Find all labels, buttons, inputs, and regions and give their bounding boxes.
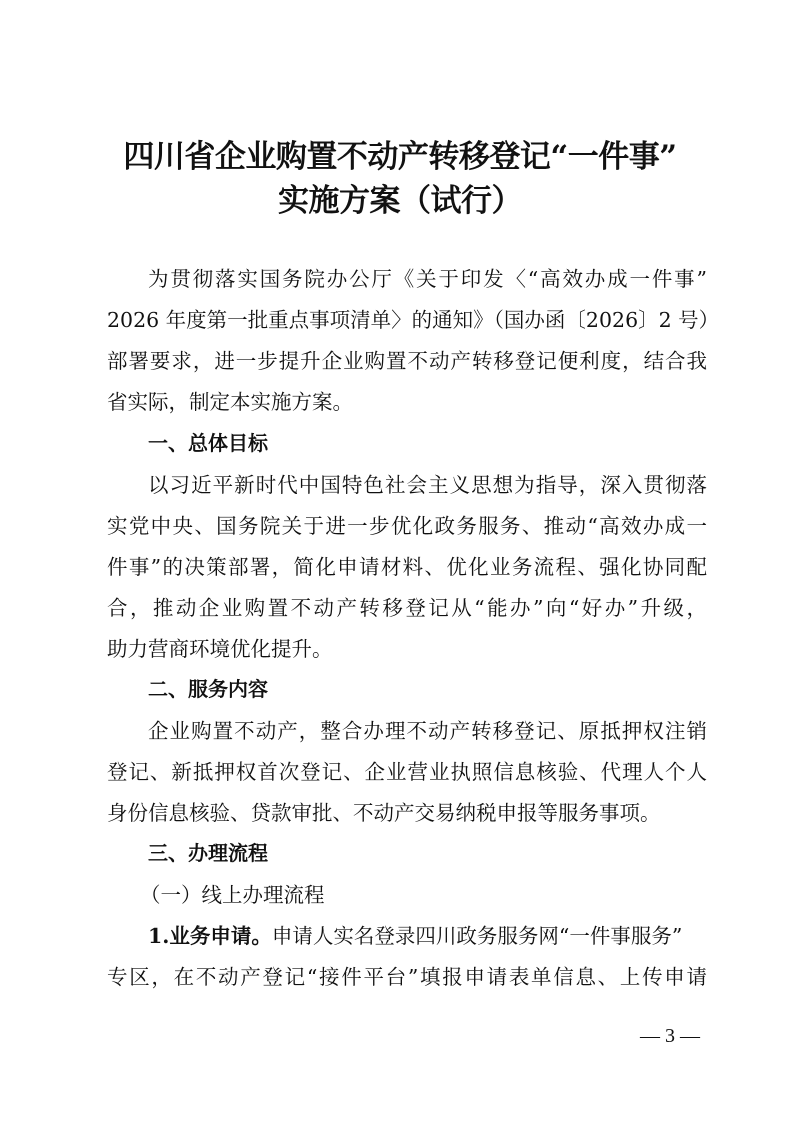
paragraph-line: 专区，在不动产登记“接件平台”填报申请表单信息、上传申请 xyxy=(107,960,707,990)
intro-line: 省实际，制定本实施方案。 xyxy=(107,385,707,415)
item-lead: 1.业务申请。 xyxy=(148,924,272,948)
intro-line: 为贯彻落实国务院办公厅《关于印发〈“高效办成一件事” xyxy=(148,262,707,292)
section-heading-services: 二、服务内容 xyxy=(148,673,268,702)
section-heading-goals: 一、总体目标 xyxy=(148,427,268,456)
paragraph-line: 以习近平新时代中国特色社会主义思想为指导，深入贯彻落 xyxy=(148,468,707,498)
paragraph-line: 实党中央、国务院关于进一步优化政务服务、推动“高效办成一 xyxy=(107,509,707,539)
subsection-heading-online: （一）线上办理流程 xyxy=(140,878,325,908)
paragraph-line: 身份信息核验、贷款审批、不动产交易纳税申报等服务事项。 xyxy=(107,796,707,826)
intro-line: 部署要求，进一步提升企业购置不动产转移登记便利度，结合我 xyxy=(107,344,707,374)
item-text: 申请人实名登录四川政务服务网“一件事服务” xyxy=(272,924,682,948)
paragraph-line: 助力营商环境优化提升。 xyxy=(107,632,707,662)
page-number: — 3 — xyxy=(640,1025,700,1048)
paragraph-line: 合，推动企业购置不动产转移登记从“能办”向“好办”升级， xyxy=(107,591,707,621)
section-heading-process: 三、办理流程 xyxy=(148,837,268,866)
intro-line: 2026 年度第一批重点事项清单〉的通知》（国办函〔2026〕2 号） xyxy=(107,303,707,333)
paragraph-line: 1.业务申请。申请人实名登录四川政务服务网“一件事服务” xyxy=(148,919,707,949)
document-page: 四川省企业购置不动产转移登记“一件事” 实施方案（试行） 为贯彻落实国务院办公厅… xyxy=(0,0,800,1132)
paragraph-line: 登记、新抵押权首次登记、企业营业执照信息核验、代理人个人 xyxy=(107,755,707,785)
document-title-line1: 四川省企业购置不动产转移登记“一件事” xyxy=(0,131,800,176)
paragraph-line: 企业购置不动产，整合办理不动产转移登记、原抵押权注销 xyxy=(148,714,707,744)
paragraph-line: 件事”的决策部署，简化申请材料、优化业务流程、强化协同配 xyxy=(107,550,707,580)
document-title-line2: 实施方案（试行） xyxy=(0,175,800,220)
